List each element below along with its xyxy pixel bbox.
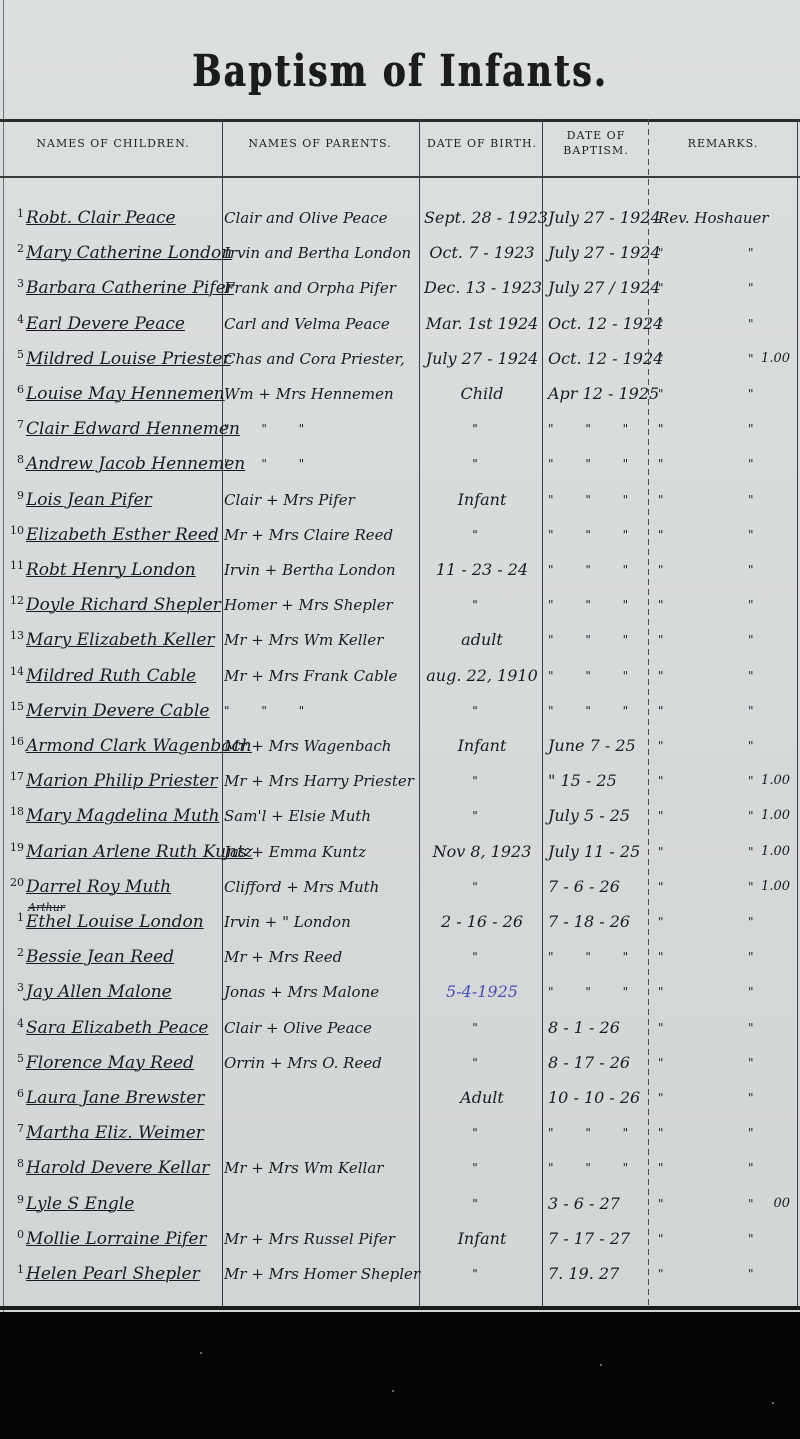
fee-amount: 1.00: [761, 763, 790, 799]
register-entry: 8 Harold Devere Kellar Mr + Mrs Wm Kella…: [0, 1150, 800, 1186]
date-of-baptism: " " ": [548, 517, 648, 553]
register-entry: 4 Sara Elizabeth Peace Clair + Olive Pea…: [0, 1010, 800, 1046]
entry-number: 3: [6, 974, 24, 1002]
date-of-birth: ": [424, 763, 540, 799]
child-name: Martha Eliz. Weimer: [26, 1115, 218, 1151]
date-of-baptism: 7 - 6 - 26: [548, 869, 648, 905]
parent-names: Carl and Velma Peace: [224, 306, 416, 342]
fee-amount: 1.00: [761, 341, 790, 377]
fee-amount: 1.00: [761, 869, 790, 905]
register-entry: 11 Robt Henry London Irvin + Bertha Lond…: [0, 552, 800, 588]
date-of-birth: ": [424, 1045, 540, 1081]
child-name: Mildred Louise Priester: [26, 341, 218, 377]
remark-ditto: ": [748, 235, 768, 271]
remark-officiant: ": [658, 798, 678, 834]
parent-names: Mr + Mrs Wm Keller: [224, 622, 416, 658]
remark-officiant: ": [658, 235, 678, 271]
register-entry: 5 Mildred Louise Priester Chas and Cora …: [0, 341, 800, 377]
entry-number: 2: [6, 235, 24, 263]
date-of-birth: Oct. 7 - 1923: [424, 235, 540, 271]
date-of-baptism: July 27 - 1924: [548, 200, 648, 236]
date-of-baptism: 7. 19. 27: [548, 1256, 648, 1292]
date-of-birth: ": [424, 517, 540, 553]
child-name: Florence May Reed: [26, 1045, 218, 1081]
remark-officiant: ": [658, 376, 678, 412]
entry-number: 5: [6, 1045, 24, 1073]
register-entry: 1 Ethel Louise LondonArthur Irvin + " Lo…: [0, 904, 800, 940]
remark-ditto: ": [748, 552, 768, 588]
date-of-birth: ": [424, 798, 540, 834]
struck-name: Arthur: [28, 890, 65, 926]
parent-names: Clair + Olive Peace: [224, 1010, 416, 1046]
parent-names: Irvin + Bertha London: [224, 552, 416, 588]
child-name: Armond Clark Wagenbach: [26, 728, 218, 764]
register-entry: 9 Lyle S Engle " 3 - 6 - 27 " " 00: [0, 1186, 800, 1222]
date-of-birth: Infant: [424, 728, 540, 764]
scan-dark-margin: [0, 1312, 800, 1439]
date-of-baptism: " " ": [548, 552, 648, 588]
remark-officiant: ": [658, 658, 678, 694]
header-date-of-baptism-line1: DATE OF: [544, 128, 648, 143]
remark-ditto: ": [748, 1186, 768, 1222]
remark-officiant: ": [658, 1256, 678, 1292]
remark-officiant: Rev. Hoshauer: [658, 200, 769, 236]
child-name: Marian Arlene Ruth Kuntz: [26, 834, 218, 870]
child-name: Mary Elizabeth Keller: [26, 622, 218, 658]
date-of-baptism: " " ": [548, 939, 648, 975]
remark-ditto: ": [748, 482, 768, 518]
date-of-baptism: 8 - 17 - 26: [548, 1045, 648, 1081]
date-of-baptism: 10 - 10 - 26: [548, 1080, 648, 1116]
register-entry: 7 Martha Eliz. Weimer " " " " " ": [0, 1115, 800, 1151]
parent-names: Irvin + " London: [224, 904, 416, 940]
child-name: Mary Catherine London: [26, 235, 218, 271]
parent-names: Clair and Olive Peace: [224, 200, 416, 236]
register-entry: 8 Andrew Jacob Hennemen " " " " " " " " …: [0, 446, 800, 482]
date-of-baptism: Oct. 12 - 1924: [548, 341, 648, 377]
header-date-of-baptism-line2: BAPTISM.: [544, 143, 648, 158]
remark-ditto: ": [748, 939, 768, 975]
remark-officiant: ": [658, 411, 678, 447]
remark-officiant: ": [658, 1221, 678, 1257]
child-name: Ethel Louise LondonArthur: [26, 904, 218, 940]
remark-ditto: ": [748, 1045, 768, 1081]
entry-number: 4: [6, 1010, 24, 1038]
remark-ditto: ": [748, 270, 768, 306]
parent-names: Wm + Mrs Hennemen: [224, 376, 416, 412]
remark-ditto: ": [748, 622, 768, 658]
date-of-birth: ": [424, 693, 540, 729]
entry-number: 13: [6, 622, 24, 650]
date-of-birth: Dec. 13 - 1923: [424, 270, 540, 306]
remark-officiant: ": [658, 1010, 678, 1046]
child-name: Bessie Jean Reed: [26, 939, 218, 975]
remark-officiant: ": [658, 306, 678, 342]
parent-names: Clair + Mrs Pifer: [224, 482, 416, 518]
date-of-birth: adult: [424, 622, 540, 658]
page-title: Baptism of Infants.: [88, 46, 712, 97]
date-of-baptism: " " ": [548, 411, 648, 447]
remark-ditto: ": [748, 411, 768, 447]
date-of-birth: ": [424, 1186, 540, 1222]
parent-names: Jas + Emma Kuntz: [224, 834, 416, 870]
entry-number: 6: [6, 376, 24, 404]
remark-officiant: ": [658, 622, 678, 658]
date-of-birth: Sept. 28 - 1923: [424, 200, 540, 236]
scan-speck: [392, 1390, 394, 1392]
date-of-baptism: 7 - 17 - 27: [548, 1221, 648, 1257]
parent-names: Chas and Cora Priester,: [224, 341, 416, 377]
remark-ditto: ": [748, 728, 768, 764]
remark-officiant: ": [658, 1150, 678, 1186]
remark-ditto: ": [748, 658, 768, 694]
remark-officiant: ": [658, 1045, 678, 1081]
child-name: Barbara Catherine Pifer: [26, 270, 218, 306]
date-of-baptism: " " ": [548, 1150, 648, 1186]
remark-ditto: ": [748, 1256, 768, 1292]
date-of-birth: ": [424, 587, 540, 623]
date-of-birth: ": [424, 869, 540, 905]
register-entry: 15 Mervin Devere Cable " " " " " " " " ": [0, 693, 800, 729]
entry-number: 3: [6, 270, 24, 298]
register-entry: 3 Jay Allen Malone Jonas + Mrs Malone 5-…: [0, 974, 800, 1010]
child-name: Mildred Ruth Cable: [26, 658, 218, 694]
parent-names: Orrin + Mrs O. Reed: [224, 1045, 416, 1081]
child-name: Mervin Devere Cable: [26, 693, 218, 729]
date-of-birth: Mar. 1st 1924: [424, 306, 540, 342]
parent-names: Mr + Mrs Frank Cable: [224, 658, 416, 694]
header-names-of-parents: NAMES OF PARENTS.: [222, 136, 418, 151]
entry-number: 6: [6, 1080, 24, 1108]
parent-names: Homer + Mrs Shepler: [224, 587, 416, 623]
entry-number: 9: [6, 482, 24, 510]
entry-number: 14: [6, 658, 24, 686]
entry-number: 8: [6, 1150, 24, 1178]
entry-number: 9: [6, 1186, 24, 1214]
entry-number: 20: [6, 869, 24, 897]
entry-number: 1: [6, 904, 24, 932]
parent-names: Clifford + Mrs Muth: [224, 869, 416, 905]
date-of-baptism: " " ": [548, 1115, 648, 1151]
child-name: Earl Devere Peace: [26, 306, 218, 342]
remark-officiant: ": [658, 1080, 678, 1116]
scan-speck: [200, 1352, 202, 1354]
parent-names: Mr + Mrs Russel Pifer: [224, 1221, 416, 1257]
header-names-of-children: NAMES OF CHILDREN.: [4, 136, 222, 151]
register-entry: 1 Robt. Clair Peace Clair and Olive Peac…: [0, 200, 800, 236]
child-name: Lois Jean Pifer: [26, 482, 218, 518]
remark-officiant: ": [658, 1115, 678, 1151]
fee-amount: 00: [773, 1186, 790, 1222]
date-of-baptism: 3 - 6 - 27: [548, 1186, 648, 1222]
date-of-birth: 2 - 16 - 26: [424, 904, 540, 940]
date-of-baptism: Apr 12 - 1925: [548, 376, 648, 412]
date-of-baptism: " " ": [548, 974, 648, 1010]
register-page: Baptism of Infants. NAMES OF CHILDREN. N…: [0, 0, 800, 1312]
date-of-baptism: 8 - 1 - 26: [548, 1010, 648, 1046]
header-date-of-baptism: DATE OF BAPTISM.: [544, 128, 648, 158]
entry-number: 5: [6, 341, 24, 369]
entry-number: 4: [6, 306, 24, 334]
scan-speck: [772, 1402, 774, 1404]
date-of-birth: Adult: [424, 1080, 540, 1116]
date-of-baptism: July 27 / 1924: [548, 270, 648, 306]
child-name: Laura Jane Brewster: [26, 1080, 218, 1116]
date-of-birth: ": [424, 1256, 540, 1292]
register-entry: 18 Mary Magdelina Muth Sam'l + Elsie Mut…: [0, 798, 800, 834]
remark-ditto: ": [748, 446, 768, 482]
entry-number: 1: [6, 1256, 24, 1284]
date-of-baptism: " " ": [548, 482, 648, 518]
parent-names: Mr + Mrs Wm Kellar: [224, 1150, 416, 1186]
register-entry: 16 Armond Clark Wagenbach Mr + Mrs Wagen…: [0, 728, 800, 764]
child-name: Mollie Lorraine Pifer: [26, 1221, 218, 1257]
parent-names: " " ": [224, 693, 416, 729]
child-name: Helen Pearl Shepler: [26, 1256, 218, 1292]
child-name: Sara Elizabeth Peace: [26, 1010, 218, 1046]
remark-officiant: ": [658, 446, 678, 482]
parent-names: Jonas + Mrs Malone: [224, 974, 416, 1010]
remark-officiant: ": [658, 834, 678, 870]
child-name: Jay Allen Malone: [26, 974, 218, 1010]
remark-officiant: ": [658, 1186, 678, 1222]
date-of-birth: Infant: [424, 1221, 540, 1257]
register-entry: 0 Mollie Lorraine Pifer Mr + Mrs Russel …: [0, 1221, 800, 1257]
register-entry: 14 Mildred Ruth Cable Mr + Mrs Frank Cab…: [0, 658, 800, 694]
register-entry: 7 Clair Edward Hennemen " " " " " " " " …: [0, 411, 800, 447]
date-of-birth: ": [424, 411, 540, 447]
date-of-baptism: 7 - 18 - 26: [548, 904, 648, 940]
date-of-birth: ": [424, 1150, 540, 1186]
parent-names: Mr + Mrs Harry Priester: [224, 763, 416, 799]
remark-ditto: ": [748, 1150, 768, 1186]
date-of-birth: ": [424, 1010, 540, 1046]
parent-names: Frank and Orpha Pifer: [224, 270, 416, 306]
register-entry: 12 Doyle Richard Shepler Homer + Mrs She…: [0, 587, 800, 623]
header-remarks: REMARKS.: [650, 136, 796, 151]
date-of-birth: Child: [424, 376, 540, 412]
remark-ditto: ": [748, 376, 768, 412]
date-of-baptism: " " ": [548, 622, 648, 658]
remark-officiant: ": [658, 270, 678, 306]
child-name: Marion Philip Priester: [26, 763, 218, 799]
child-name: Harold Devere Kellar: [26, 1150, 218, 1186]
date-of-birth: ": [424, 446, 540, 482]
register-entry: 4 Earl Devere Peace Carl and Velma Peace…: [0, 306, 800, 342]
entry-number: 15: [6, 693, 24, 721]
entry-number: 2: [6, 939, 24, 967]
parent-names: Mr + Mrs Reed: [224, 939, 416, 975]
date-of-birth: ": [424, 1115, 540, 1151]
child-name: Doyle Richard Shepler: [26, 587, 218, 623]
register-entry: 17 Marion Philip Priester Mr + Mrs Harry…: [0, 763, 800, 799]
remark-ditto: ": [748, 517, 768, 553]
date-of-baptism: " " ": [548, 446, 648, 482]
remark-ditto: ": [748, 693, 768, 729]
date-of-baptism: July 11 - 25: [548, 834, 648, 870]
remark-officiant: ": [658, 869, 678, 905]
remark-ditto: ": [748, 587, 768, 623]
remark-ditto: ": [748, 1115, 768, 1151]
remark-officiant: ": [658, 728, 678, 764]
remark-ditto: ": [748, 1221, 768, 1257]
remark-ditto: ": [748, 974, 768, 1010]
parent-names: " " ": [224, 411, 416, 447]
remark-officiant: ": [658, 482, 678, 518]
header-rule: [0, 176, 800, 178]
child-name: Clair Edward Hennemen: [26, 411, 218, 447]
date-of-baptism: " 15 - 25: [548, 763, 648, 799]
child-name: Andrew Jacob Hennemen: [26, 446, 218, 482]
title-rule: [0, 119, 800, 122]
remark-officiant: ": [658, 939, 678, 975]
entry-number: 7: [6, 1115, 24, 1143]
date-of-birth: ": [424, 939, 540, 975]
date-of-baptism: July 27 - 1924: [548, 235, 648, 271]
parent-names: Sam'l + Elsie Muth: [224, 798, 416, 834]
register-entry: 5 Florence May Reed Orrin + Mrs O. Reed …: [0, 1045, 800, 1081]
register-entry: 20 Darrel Roy Muth Clifford + Mrs Muth "…: [0, 869, 800, 905]
entry-number: 7: [6, 411, 24, 439]
parent-names: Mr + Mrs Claire Reed: [224, 517, 416, 553]
remark-officiant: ": [658, 517, 678, 553]
remark-officiant: ": [658, 904, 678, 940]
register-entry: 6 Louise May Hennemen Wm + Mrs Hennemen …: [0, 376, 800, 412]
register-entry: 9 Lois Jean Pifer Clair + Mrs Pifer Infa…: [0, 482, 800, 518]
child-name: Elizabeth Esther Reed: [26, 517, 218, 553]
date-of-baptism: July 5 - 25: [548, 798, 648, 834]
date-of-baptism: " " ": [548, 693, 648, 729]
entry-number: 10: [6, 517, 24, 545]
register-entry: 10 Elizabeth Esther Reed Mr + Mrs Claire…: [0, 517, 800, 553]
entry-number: 1: [6, 200, 24, 228]
remark-ditto: ": [748, 1080, 768, 1116]
register-entry: 1 Helen Pearl Shepler Mr + Mrs Homer She…: [0, 1256, 800, 1292]
date-of-birth: 5-4-1925: [424, 974, 540, 1010]
remark-ditto: ": [748, 306, 768, 342]
parent-names: " " ": [224, 446, 416, 482]
bottom-rule: [0, 1306, 800, 1310]
remark-officiant: ": [658, 763, 678, 799]
date-of-baptism: Oct. 12 - 1924: [548, 306, 648, 342]
entry-number: 12: [6, 587, 24, 615]
remark-officiant: ": [658, 974, 678, 1010]
remark-officiant: ": [658, 693, 678, 729]
register-entry: 6 Laura Jane Brewster Adult 10 - 10 - 26…: [0, 1080, 800, 1116]
remark-ditto: ": [748, 904, 768, 940]
child-name: Robt. Clair Peace: [26, 200, 218, 236]
date-of-baptism: " " ": [548, 587, 648, 623]
entry-number: 0: [6, 1221, 24, 1249]
remark-officiant: ": [658, 552, 678, 588]
entry-number: 8: [6, 446, 24, 474]
remark-officiant: ": [658, 341, 678, 377]
parent-names: Mr + Mrs Homer Shepler: [224, 1256, 416, 1292]
entry-number: 18: [6, 798, 24, 826]
child-name: Louise May Hennemen: [26, 376, 218, 412]
parent-names: Mr + Mrs Wagenbach: [224, 728, 416, 764]
entry-number: 11: [6, 552, 24, 580]
date-of-baptism: " " ": [548, 658, 648, 694]
fee-amount: 1.00: [761, 798, 790, 834]
fee-amount: 1.00: [761, 834, 790, 870]
child-name: Mary Magdelina Muth: [26, 798, 218, 834]
child-name: Robt Henry London: [26, 552, 218, 588]
register-entry: 19 Marian Arlene Ruth Kuntz Jas + Emma K…: [0, 834, 800, 870]
date-of-birth: aug. 22, 1910: [424, 658, 540, 694]
entry-number: 17: [6, 763, 24, 791]
parent-names: Irvin and Bertha London: [224, 235, 416, 271]
entry-number: 19: [6, 834, 24, 862]
register-entry: 2 Mary Catherine London Irvin and Bertha…: [0, 235, 800, 271]
date-of-baptism: June 7 - 25: [548, 728, 648, 764]
header-date-of-birth: DATE OF BIRTH.: [420, 136, 544, 151]
scan-speck: [600, 1364, 602, 1366]
register-entry: 13 Mary Elizabeth Keller Mr + Mrs Wm Kel…: [0, 622, 800, 658]
date-of-birth: July 27 - 1924: [424, 341, 540, 377]
date-of-birth: 11 - 23 - 24: [424, 552, 540, 588]
remark-ditto: ": [748, 1010, 768, 1046]
entry-number: 16: [6, 728, 24, 756]
remark-officiant: ": [658, 587, 678, 623]
register-entry: 3 Barbara Catherine Pifer Frank and Orph…: [0, 270, 800, 306]
date-of-birth: Nov 8, 1923: [424, 834, 540, 870]
register-entry: 2 Bessie Jean Reed Mr + Mrs Reed " " " "…: [0, 939, 800, 975]
child-name: Lyle S Engle: [26, 1186, 218, 1222]
date-of-birth: Infant: [424, 482, 540, 518]
